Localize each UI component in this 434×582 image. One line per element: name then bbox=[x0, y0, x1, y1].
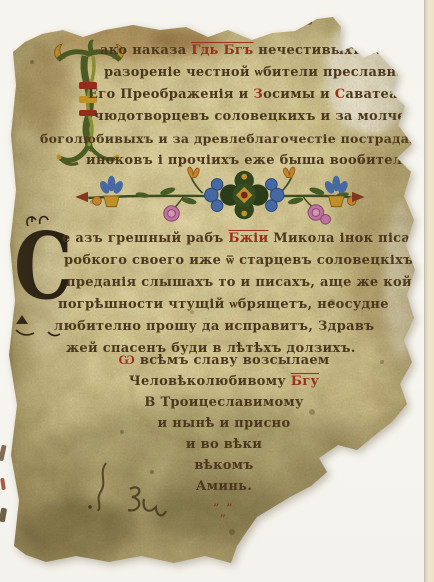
text-segment: е азъ грешный рабъ bbox=[62, 231, 228, 246]
rubric-segment: Бгу bbox=[291, 374, 319, 389]
manuscript-line: чюдотворцевъ соловецкихъ и за молченіе bbox=[94, 108, 430, 125]
text-segment: нечестивыхъ за bbox=[253, 43, 384, 58]
text-segment: Микола інок пісахъ bbox=[268, 231, 428, 246]
speckles bbox=[30, 60, 34, 64]
manuscript-line: погрѣшности чтущій ѡбрящетъ, неосудне bbox=[58, 296, 389, 313]
manuscript-line: разореніе честной ѡбители преславни bbox=[104, 64, 406, 81]
manuscript-line: е азъ грешный рабъ Бжіи Микола інок піса… bbox=[62, 230, 428, 247]
manuscript-line: Человѣколюбивому Бгу bbox=[92, 371, 356, 392]
manuscript-page: ІЗ ако наказа Гдь Бгъ нечестивыхъ за раз… bbox=[0, 0, 434, 582]
manuscript-line: и во вѣки bbox=[92, 434, 356, 455]
manuscript-line: преданія слышахъ то и писахъ, аще же кой bbox=[66, 274, 412, 291]
text-segment: ако наказа bbox=[100, 43, 191, 58]
rubric-segment: Гдь Бгъ bbox=[191, 43, 253, 58]
photo-background: { "document": { "folio_number": "ІЗ" }, … bbox=[0, 0, 434, 582]
rubric-segment: Ѡ bbox=[118, 353, 139, 368]
floral-headpiece-ornament bbox=[70, 166, 370, 228]
manuscript-line: робкого своего иже ѿ старцевъ соловецкіх… bbox=[64, 252, 413, 269]
text-segment: всѣмъ славу возсылаем bbox=[140, 353, 330, 368]
manuscript-line: Ѡ всѣмъ славу возсылаем bbox=[92, 350, 356, 371]
manuscript-line: В Троицеславимому bbox=[92, 392, 356, 413]
folio-number: ІЗ bbox=[299, 13, 315, 28]
manuscript-page-wrap: ІЗ ако наказа Гдь Бгъ нечестивыхъ за раз… bbox=[0, 0, 434, 582]
manuscript-line: ако наказа Гдь Бгъ нечестивыхъ за bbox=[100, 42, 385, 59]
text-segment: осимы и bbox=[263, 87, 335, 102]
manuscript-line: и нынѣ и присно bbox=[92, 413, 356, 434]
rubric-segment: Бжіи bbox=[228, 231, 268, 246]
manuscript-line: Его Преображенія и Зосимы и Саватеа bbox=[88, 86, 398, 103]
rubric-segment: З bbox=[253, 87, 263, 102]
text-segment: аватеа bbox=[345, 87, 397, 102]
center-medallion bbox=[220, 171, 268, 219]
manuscript-line: любително прошу да исправитъ, Здравъ bbox=[54, 318, 374, 335]
rubric-segment: С bbox=[335, 87, 346, 102]
manuscript-line: боголюбивыхъ и за древлеблагочестіе пост… bbox=[40, 130, 434, 147]
text-segment: Его Преображенія и bbox=[88, 87, 253, 102]
ink-scribble bbox=[78, 455, 188, 530]
text-segment: Человѣколюбивому bbox=[129, 374, 291, 389]
